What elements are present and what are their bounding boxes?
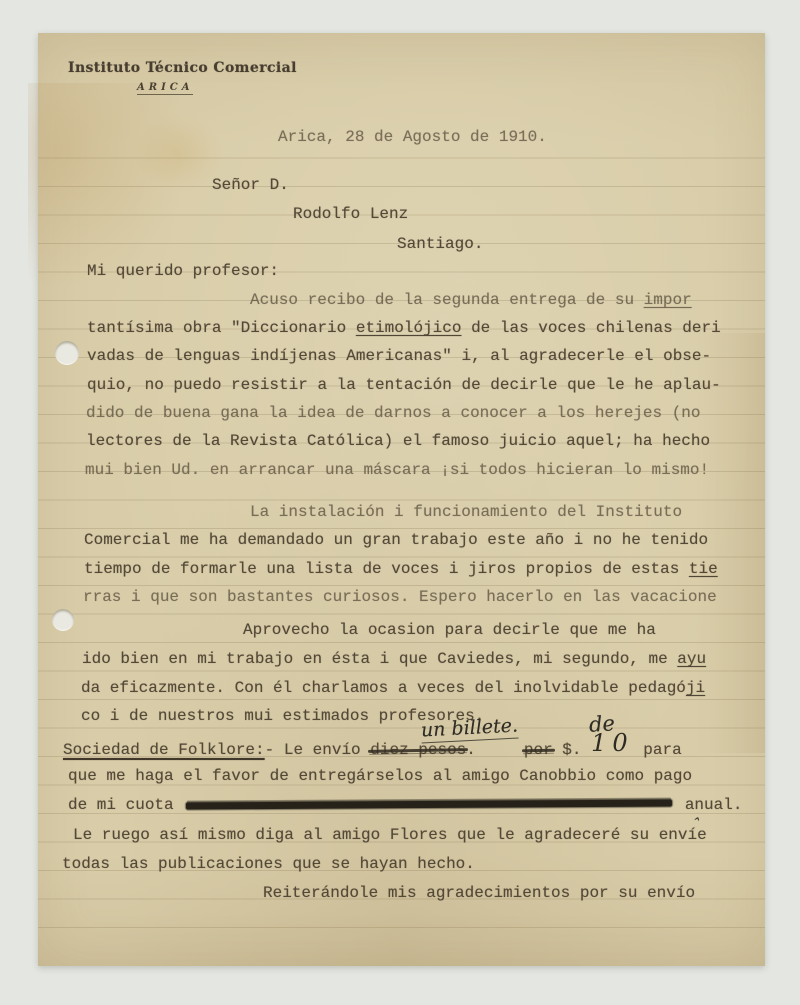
typed-line: tiempo de formarle una lista de voces i … (84, 560, 718, 578)
typed-line: Señor D. (212, 176, 289, 194)
typed-text: lectores de la Revista Católica) el famo… (86, 432, 710, 450)
typed-text: de mi cuota (68, 796, 183, 814)
typed-text: - Le envío (265, 741, 371, 759)
typed-line: Mi querido profesor: (87, 262, 279, 280)
punch-hole-bottom (52, 609, 74, 631)
typed-text: tantísima obra "Diccionario (87, 319, 356, 337)
typed-text: Arica, 28 de Agosto de 1910. (278, 128, 547, 146)
typed-text: . (466, 741, 485, 759)
typed-text: dido de buena gana la idea de darnos a c… (86, 404, 701, 422)
letterhead-city: ARICA (137, 82, 193, 95)
typed-line: quio, no puedo resistir a la tentación d… (87, 376, 721, 394)
handwritten-annotation: de (588, 711, 615, 737)
typed-text: Comercial me ha demandado un gran trabaj… (84, 531, 708, 549)
typed-text: de las voces chilenas deri (461, 319, 720, 337)
typed-text: Sociedad de Folklore: (63, 741, 265, 759)
typed-line: Santiago. (397, 235, 483, 253)
punch-hole-top (55, 341, 79, 365)
typed-text: da eficazmente. Con él charlamos a veces… (81, 679, 686, 697)
typed-text: mui bien Ud. en arrancar una máscara ¡si… (85, 461, 709, 479)
typed-text: La instalación i funcionamiento del Inst… (250, 503, 682, 521)
typed-text: Aprovecho la ocasion para decirle que me… (243, 621, 656, 639)
typed-text: Señor D. (212, 176, 289, 194)
typed-line: Rodolfo Lenz (293, 205, 408, 223)
typed-line: Aprovecho la ocasion para decirle que me… (243, 621, 656, 639)
typed-text: impor (644, 291, 692, 309)
typed-text: Acuso recibo de la segunda entrega de su (250, 291, 644, 309)
typed-text: ayu (677, 650, 706, 668)
typed-text: tiempo de formarle una lista de voces i … (84, 560, 689, 578)
typed-line: ido bien en mi trabajo en ésta i que Cav… (82, 650, 706, 668)
typed-text: Mi querido profesor: (87, 262, 279, 280)
typed-text: tie (689, 560, 718, 578)
letter-page: Instituto Técnico Comercial ARICA Arica,… (38, 33, 765, 966)
typed-line: que me haga el favor de entregárselos al… (68, 767, 692, 785)
typed-text: ji (686, 679, 705, 697)
typed-text: para (634, 741, 682, 759)
typed-text: $. (553, 741, 591, 759)
struck-out-text: por (524, 741, 553, 759)
typed-line: La instalación i funcionamiento del Inst… (250, 503, 682, 521)
typed-text: quio, no puedo resistir a la tentación d… (87, 376, 721, 394)
typed-line: rras i que son bastantes curiosos. Esper… (83, 588, 717, 606)
typed-text: Santiago. (397, 235, 483, 253)
typed-text: Rodolfo Lenz (293, 205, 408, 223)
typed-text: etimolójico (356, 319, 462, 337)
typed-line: mui bien Ud. en arrancar una máscara ¡si… (85, 461, 709, 479)
typed-line: Arica, 28 de Agosto de 1910. (278, 128, 547, 146)
typed-line: Le ruego así mismo diga al amigo Flores … (73, 826, 707, 844)
typed-line: vadas de lenguas indíjenas Americanas" i… (87, 347, 711, 365)
paper-stain (133, 113, 223, 193)
typed-line: todas las publicaciones que se hayan hec… (62, 855, 475, 873)
struck-out-text: diez pesos (370, 741, 466, 759)
typed-text: vadas de lenguas indíjenas Americanas" i… (87, 347, 711, 365)
typed-line: lectores de la Revista Católica) el famo… (86, 432, 710, 450)
typed-line: de mi cuota anual. (68, 796, 742, 814)
handwritten-annotation: un billete. (420, 714, 518, 743)
typed-text: rras i que son bastantes curiosos. Esper… (83, 588, 717, 606)
typed-text (485, 741, 523, 759)
typed-text: Le ruego así mismo diga al amigo Flores … (73, 826, 707, 844)
typed-line: Reiterándole mis agradecimientos por su … (263, 884, 695, 902)
ink-redaction-bar (186, 800, 672, 810)
typed-line: Acuso recibo de la segunda entrega de su… (250, 291, 692, 309)
typed-text: anual. (675, 796, 742, 814)
typed-line: da eficazmente. Con él charlamos a veces… (81, 679, 705, 697)
typed-text: Reiterándole mis agradecimientos por su … (263, 884, 695, 902)
typed-text: ido bien en mi trabajo en ésta i que Cav… (82, 650, 677, 668)
letterhead-institution: Instituto Técnico Comercial (68, 60, 297, 76)
typed-text: todas las publicaciones que se hayan hec… (62, 855, 475, 873)
typed-text: que me haga el favor de entregárselos al… (68, 767, 692, 785)
typed-line: dido de buena gana la idea de darnos a c… (86, 404, 701, 422)
typed-line: tantísima obra "Diccionario etimolójico … (87, 319, 721, 337)
typed-line: Comercial me ha demandado un gran trabaj… (84, 531, 708, 549)
typed-line: Sociedad de Folklore:- Le envío diez pes… (63, 737, 682, 759)
